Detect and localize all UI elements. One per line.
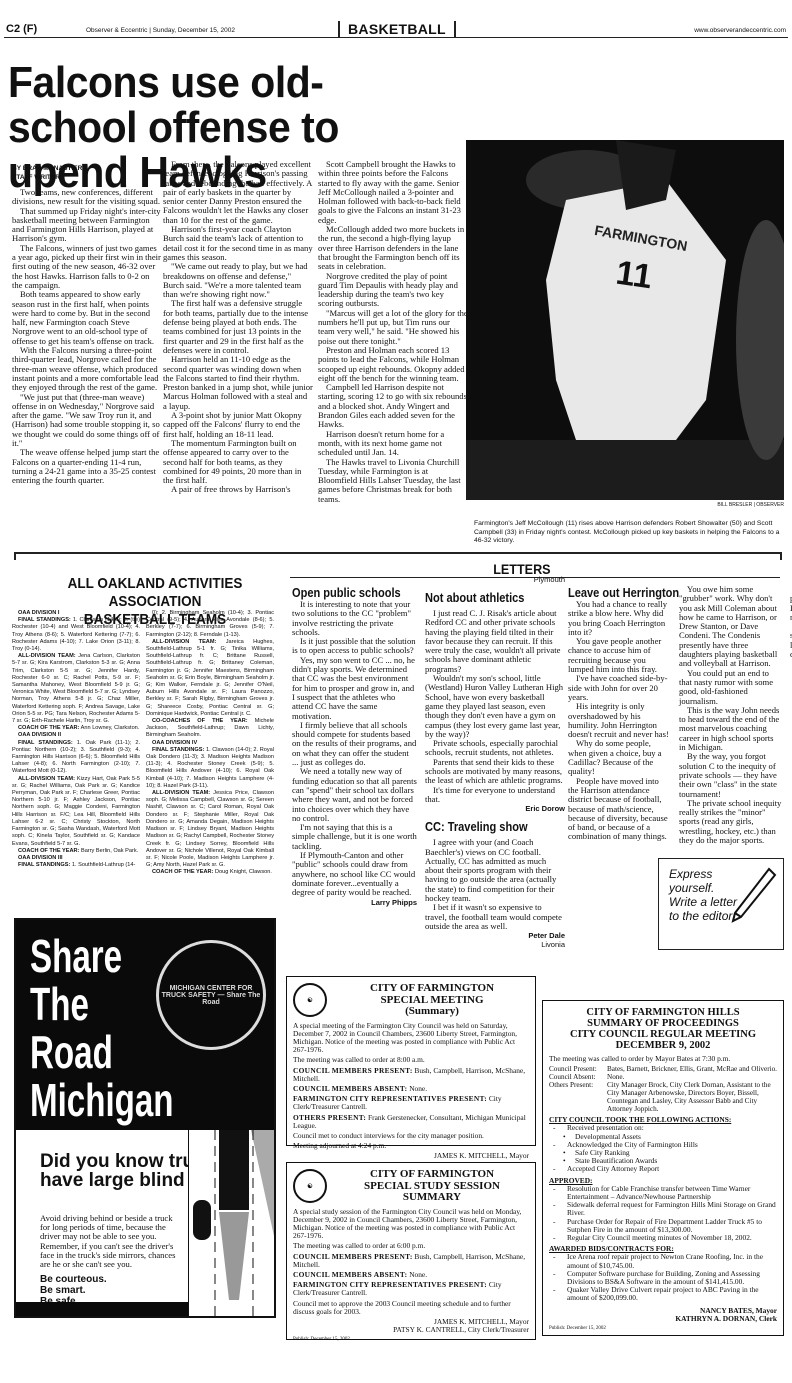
actions-list: Received presentation on:Developmental A… bbox=[549, 1124, 777, 1173]
paragraph: "We came out ready to play, but we had b… bbox=[163, 262, 313, 299]
paragraph: Campbell led Harrison despite not starti… bbox=[318, 383, 468, 429]
letter-title: Open public schools bbox=[292, 585, 398, 600]
photo-caption: Farmington's Jeff McCollough (11) rises … bbox=[474, 520, 784, 546]
standings-entry: OAA DIVISION II bbox=[12, 732, 140, 739]
publication-dateline: Observer & Eccentric | Sunday, December … bbox=[86, 27, 235, 34]
truck-blind-spot-icon bbox=[189, 1130, 276, 1316]
notice-purpose: Council met to conduct interviews for th… bbox=[293, 1132, 529, 1140]
paragraph: Yes, my son went to CC ... no, he didn't… bbox=[292, 656, 417, 721]
paragraph: You owe him some "grubber" work. Why don… bbox=[679, 585, 782, 669]
paragraph: I'm not saying that this is a simple cha… bbox=[292, 823, 417, 851]
notice-absent: COUNCIL MEMBERS ABSENT: None. bbox=[293, 1085, 529, 1093]
notice-called: The meeting was called to order by Mayor… bbox=[549, 1055, 777, 1063]
notice-intro: A special study session of the Farmingto… bbox=[293, 1208, 529, 1241]
letter-signer: Larry Phipps bbox=[292, 898, 417, 907]
letter-signer: Eric Dorow bbox=[425, 804, 565, 813]
paragraph: You had a chance to really strike a blow… bbox=[568, 600, 671, 637]
standings-entry: COACH OF THE YEAR: Ann Lowney, Clarkston… bbox=[12, 725, 140, 732]
paragraph: Both teams appeared to show early season… bbox=[12, 290, 162, 346]
letter-open-public-schools: Open public schools It is interesting to… bbox=[292, 585, 417, 907]
letter-title: CC: Traveling show bbox=[425, 819, 544, 834]
ad-headline-line: Road bbox=[30, 1028, 174, 1076]
paragraph: Two teams, new conferences, different di… bbox=[12, 188, 162, 207]
standings-entry: FINAL STANDINGS: 1. Clarkston (14-0); 2.… bbox=[12, 617, 140, 653]
paragraph: A pair of free throws by Harrison's bbox=[163, 485, 313, 494]
notice-called: The meeting was called to order at 8:00 … bbox=[293, 1056, 529, 1064]
notice-present: COUNCIL MEMBERS PRESENT: Bush, Campbell,… bbox=[293, 1067, 529, 1083]
awarded-list: Ice Arena roof repair project to Newton … bbox=[549, 1253, 777, 1302]
paragraph: I firmly believe that all schools should… bbox=[292, 721, 417, 767]
pen-icon bbox=[729, 865, 777, 925]
paragraph: The momentum Farmington built on offense… bbox=[163, 439, 313, 485]
paragraph: The first half was a defensive struggle … bbox=[163, 299, 313, 355]
paragraph: You could put an end to that nasty rumor… bbox=[679, 669, 782, 706]
notice-present: COUNCIL MEMBERS PRESENT: Bush, Campbell,… bbox=[293, 1253, 529, 1269]
list-item: Computer Software purchase for Building,… bbox=[553, 1270, 777, 1286]
notice-absent: COUNCIL MEMBERS ABSENT: None. bbox=[293, 1271, 529, 1279]
letter-title: Leave out Herrington bbox=[568, 585, 656, 600]
table-row: Others Present:City Manager Brock, City … bbox=[549, 1081, 777, 1113]
notice-title-line: CITY OF FARMINGTON bbox=[335, 983, 529, 995]
letter-signer: Peter Dale bbox=[425, 931, 565, 940]
attendance-table: Council Present:Bates, Barnett, Brickner… bbox=[549, 1065, 777, 1113]
paragraph: With the Falcons nursing a three-point t… bbox=[12, 346, 162, 392]
letter-body: You had a chance to really strike a blow… bbox=[568, 585, 792, 855]
paragraph: It's time for everyone to understand tha… bbox=[425, 786, 565, 805]
table-row: Council Absent:None. bbox=[549, 1073, 777, 1081]
paragraph: His integrity is only overshadowed by hi… bbox=[568, 702, 671, 739]
notice-reps: FARMINGTON CITY REPRESENTATIVES PRESENT:… bbox=[293, 1095, 529, 1111]
list-item: Ice Arena roof repair project to Newton … bbox=[553, 1253, 777, 1269]
notice-adjourned: Meeting adjourned at 4:24 p.m. bbox=[293, 1142, 529, 1150]
notice-title-line: CITY COUNCIL REGULAR MEETING bbox=[549, 1029, 777, 1040]
paragraph: This is the way John needs to head towar… bbox=[679, 706, 782, 752]
approved-list: Resolution for Cable Franchise transfer … bbox=[549, 1185, 777, 1242]
byline: BY BRAD MONASTIERE STAFF WRITER bbox=[12, 164, 87, 182]
notice-purpose: Council met to approve the 2003 Council … bbox=[293, 1300, 529, 1316]
paragraph: By the way, you forgot solution C to the… bbox=[679, 752, 782, 798]
article-column-3: Scott Campbell brought the Hawks to with… bbox=[318, 160, 468, 504]
city-seal-icon: ☯ bbox=[293, 1169, 327, 1203]
ad-headline: Share The Road Michigan bbox=[30, 932, 174, 1124]
paragraph: Preston and Holman each scored 13 points… bbox=[318, 346, 468, 383]
paragraph: Harrison doesn't return home for a month… bbox=[318, 430, 468, 458]
notice-title-line: DECEMBER 9, 2002 bbox=[549, 1040, 777, 1051]
farmington-special-meeting-notice: ☯ CITY OF FARMINGTON SPECIAL MEETING (Su… bbox=[286, 976, 536, 1146]
website-url: www.observerandeccentric.com bbox=[694, 27, 786, 34]
section-divider bbox=[14, 552, 782, 554]
paragraph: You gave people another chance to accuse… bbox=[568, 637, 671, 674]
paragraph: "Marcus will get a lot of the glory for … bbox=[318, 309, 468, 346]
paragraph: If Plymouth-Canton and other "public" sc… bbox=[292, 851, 417, 897]
paragraph: I've have coached side-by-side with John… bbox=[568, 674, 671, 702]
list-item: Purchase Order for Repair of Fire Depart… bbox=[553, 1218, 777, 1234]
ad-be-line: Be smart. bbox=[40, 1285, 107, 1296]
road-diagram bbox=[188, 1130, 276, 1316]
standings-entry: ALL-DIVISION TEAM: Jessica Price, Clawso… bbox=[146, 790, 274, 869]
jersey-number: 11 bbox=[613, 254, 654, 298]
notice-others: OTHERS PRESENT: Frank Gerstenecker, Cons… bbox=[293, 1114, 529, 1130]
notice-publish-date: Publish: December 15, 2002 bbox=[293, 1336, 350, 1344]
masthead: C2 (F) Observer & Eccentric | Sunday, De… bbox=[4, 20, 788, 38]
oaa-column-2: 0); 2. Birmingham Seaholm (10-4); 3. Pon… bbox=[146, 610, 274, 877]
list-item: Accepted City Attorney Report bbox=[553, 1165, 777, 1173]
paragraph: Is it just possible that the solution is… bbox=[292, 637, 417, 656]
standings-entry: ALL-DIVISION TEAM: Jareica Hughes, South… bbox=[146, 639, 274, 718]
paragraph: Why do some people, when given a choice,… bbox=[568, 739, 671, 776]
photo-credit: BILL BRESLER | OBSERVER bbox=[650, 502, 784, 508]
notice-publish-date: Publish: December 15, 2002 bbox=[549, 1325, 606, 1333]
paragraph: I agree with your (and Coach Baechler's)… bbox=[425, 838, 565, 903]
letter-not-about-athletics: Plymouth Not about athletics I just read… bbox=[425, 585, 565, 949]
notice-title-line: SUMMARY bbox=[335, 1192, 529, 1204]
paragraph: We need a totally new way of funding edu… bbox=[292, 767, 417, 823]
list-item: Resolution for Cable Franchise transfer … bbox=[553, 1185, 777, 1201]
letter-body: I just read C. J. Risak's article about … bbox=[425, 609, 565, 804]
standings-entry: ALL-DIVISION TEAM: Kizzy Hart, Oak Park … bbox=[12, 776, 140, 848]
ad-headline-line: The bbox=[30, 980, 174, 1028]
paragraph: Private schools, especially parochial sc… bbox=[425, 739, 565, 758]
letter-title: Not about athletics bbox=[425, 590, 544, 605]
notice-title-line: CITY OF FARMINGTON bbox=[335, 1169, 529, 1181]
oaa-column-1: OAA DIVISION IFINAL STANDINGS: 1. Clarks… bbox=[12, 610, 140, 869]
notice-signature: PATSY K. CANTRELL, City Clerk/Treasurer bbox=[293, 1326, 529, 1334]
ad-headline-line: Share bbox=[30, 932, 174, 980]
notice-signature: JAMES K. MITCHELL, Mayor bbox=[293, 1152, 529, 1160]
letter-signer-city: Livonia bbox=[425, 940, 565, 949]
notice-reps: FARMINGTON CITY REPRESENTATIVES PRESENT:… bbox=[293, 1281, 529, 1297]
notice-title-line: SUMMARY OF PROCEEDINGS bbox=[549, 1018, 777, 1029]
paragraph: That summed up Friday night's inter-city… bbox=[12, 207, 162, 244]
farmington-hills-proceedings-notice: CITY OF FARMINGTON HILLS SUMMARY OF PROC… bbox=[542, 1000, 784, 1336]
standings-entry: OAA DIVISION I bbox=[12, 610, 140, 617]
player-silhouette-icon bbox=[466, 140, 784, 500]
letter-signer-city: Plymouth bbox=[425, 575, 565, 584]
standings-entry: FINAL STANDINGS: 1. Clawson (14-0); 2. R… bbox=[146, 747, 274, 790]
section-label: BASKETBALL bbox=[338, 21, 456, 37]
standings-entry: FINAL STANDINGS: 1. Southfield-Lathrup (… bbox=[12, 862, 140, 869]
ad-bottom-bar bbox=[16, 1302, 188, 1316]
byline-author: BY BRAD MONASTIERE bbox=[12, 164, 87, 173]
page-number: C2 (F) bbox=[6, 23, 37, 35]
paragraph: A 3-point shot by junior Matt Okopny cap… bbox=[163, 411, 313, 439]
paragraph: The private school inequity really strik… bbox=[679, 799, 782, 845]
notice-intro: A special meeting of the Farmington City… bbox=[293, 1022, 529, 1055]
letter-leave-out-herrington: Leave out Herrington You had a chance to… bbox=[568, 585, 782, 855]
letter-body: I agree with your (and Coach Baechler's)… bbox=[425, 838, 565, 931]
standings-entry: COACH OF THE YEAR: Barry Berlin, Oak Par… bbox=[12, 848, 140, 855]
list-item: Regular City Council meeting minutes of … bbox=[553, 1234, 777, 1242]
paragraph: "We just put that (three-man weave) offe… bbox=[12, 393, 162, 449]
paragraph: The Hawks travel to Livonia Churchill Tu… bbox=[318, 458, 468, 504]
paragraph: It is interesting to note that your two … bbox=[292, 600, 417, 637]
paragraph: I bet if it wasn't so expensive to trave… bbox=[425, 903, 565, 931]
oaa-title-line1: ALL OAKLAND ACTIVITIES ASSOCIATION bbox=[34, 575, 277, 611]
divider-tick-left bbox=[14, 552, 16, 560]
share-the-road-ad: Share The Road Michigan MICHIGAN CENTER … bbox=[14, 918, 276, 1318]
paragraph: People have moved into the Harrison atte… bbox=[568, 777, 671, 842]
table-row: Council Present:Bates, Barnett, Brickner… bbox=[549, 1065, 777, 1073]
paragraph: From there, the Falcons played excellent… bbox=[163, 160, 313, 225]
paragraph: Norgrove credited the play of point guar… bbox=[318, 272, 468, 309]
standings-entry: OAA DIVISION IV bbox=[146, 740, 274, 747]
ad-body: Avoid driving behind or beside a truck f… bbox=[40, 1214, 182, 1269]
notice-title-line: (Summary) bbox=[335, 1006, 529, 1018]
basketball-photo: FARMINGTON 11 bbox=[466, 140, 784, 500]
city-seal-icon: ☯ bbox=[293, 983, 327, 1017]
notice-signature: KATHRYN A. DORNAN, Clerk bbox=[549, 1315, 777, 1323]
write-letter-box: Express yourself. Write a letter to the … bbox=[658, 858, 784, 950]
paragraph: Parents that send their kids to these sc… bbox=[425, 758, 565, 786]
standings-entry: CO-COACHES OF THE YEAR: Michele Jackson,… bbox=[146, 718, 274, 740]
standings-entry: FINAL STANDINGS: 1. Oak Park (11-1); 2. … bbox=[12, 740, 140, 776]
letter-body: It is interesting to note that your two … bbox=[292, 600, 417, 898]
notice-title-line: CITY OF FARMINGTON HILLS bbox=[549, 1007, 777, 1018]
standings-entry: OAA DIVISION III bbox=[12, 855, 140, 862]
notice-called: The meeting was called to order at 6:00 … bbox=[293, 1242, 529, 1250]
ad-headline-line: Michigan bbox=[30, 1076, 174, 1124]
standings-entry: COACH OF THE YEAR: Doug Knight, Clawson. bbox=[146, 869, 274, 876]
paragraph: I just read C. J. Risak's article about … bbox=[425, 609, 565, 674]
paragraph: The Falcons, winners of just two games a… bbox=[12, 244, 162, 290]
standings-entry: 0); 2. Birmingham Seaholm (10-4); 3. Pon… bbox=[146, 610, 274, 639]
article-column-2: From there, the Falcons played excellent… bbox=[163, 160, 313, 495]
article-column-1: Two teams, new conferences, different di… bbox=[12, 188, 162, 486]
paragraph: McCollough added two more buckets in the… bbox=[318, 225, 468, 271]
paragraph: Harrison's first-year coach Clayton Burc… bbox=[163, 225, 313, 262]
truck-safety-seal-icon: MICHIGAN CENTER FOR TRUCK SAFETY — Share… bbox=[156, 940, 266, 1050]
paragraph: Scott Campbell brought the Hawks to with… bbox=[318, 160, 468, 225]
ad-be-line: Be courteous. bbox=[40, 1274, 107, 1285]
farmington-study-session-notice: ☯ CITY OF FARMINGTON SPECIAL STUDY SESSI… bbox=[286, 1162, 536, 1340]
byline-role: STAFF WRITER bbox=[12, 173, 87, 182]
standings-entry: ALL-DIVISION TEAM: Jena Carlson, Clarkst… bbox=[12, 653, 140, 725]
list-item: Sidewalk deferral request for Farmington… bbox=[553, 1201, 777, 1217]
paragraph: Harrison held an 11-10 edge as the secon… bbox=[163, 355, 313, 411]
paragraph: Wouldn't my son's school, little (Westla… bbox=[425, 674, 565, 739]
list-item: Quaker Valley Drive Culvert repair proje… bbox=[553, 1286, 777, 1302]
paragraph: The weave offense helped jump start the … bbox=[12, 448, 162, 485]
divider-tick-right bbox=[780, 552, 782, 560]
